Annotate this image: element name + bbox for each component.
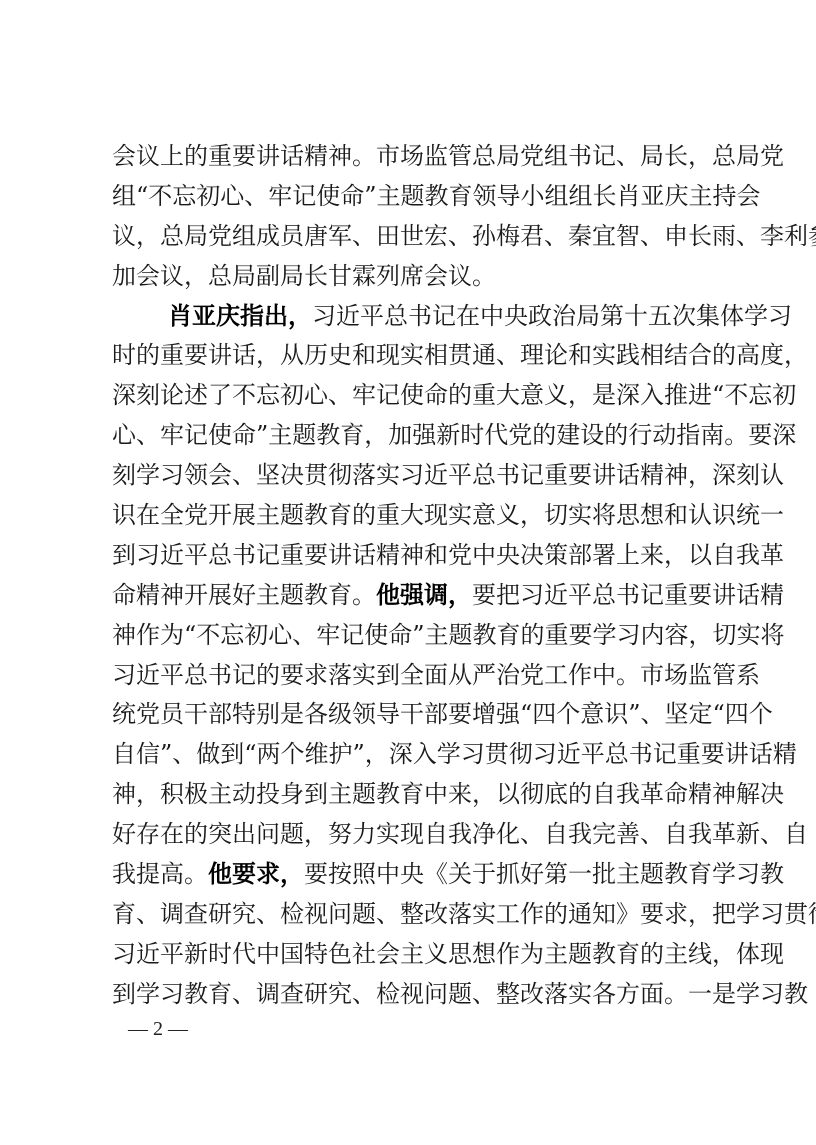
text-line: 育、调查研究、检视问题、整改落实工作的通知》要求，把学习贯彻: [112, 895, 704, 935]
page-number: — 2 —: [128, 1014, 188, 1044]
text-line: 自信”、做到“两个维护”，深入学习贯彻习近平总书记重要讲话精: [112, 735, 704, 775]
text-line: 加会议，总局副局长甘霖列席会议。: [112, 257, 704, 297]
text-line: 时的重要讲话，从历史和现实相贯通、理论和实践相结合的高度，: [112, 336, 704, 376]
text-line: 识在全党开展主题教育的重大现实意义，切实将思想和认识统一: [112, 496, 704, 536]
text-line: 到学习教育、调查研究、检视问题、整改落实各方面。一是学习教: [112, 975, 704, 1015]
document-page: 会议上的重要讲话精神。市场监管总局党组书记、局长，总局党 组“不忘初心、牢记使命…: [0, 0, 816, 1145]
text-line: 会议上的重要讲话精神。市场监管总局党组书记、局长，总局党: [112, 137, 704, 177]
text-line: 习近平总书记的要求落实到全面从严治党工作中。市场监管系: [112, 656, 704, 696]
bold-lead-phrase: 他要求，: [208, 860, 304, 888]
text-line: 到习近平总书记重要讲话精神和党中央决策部署上来，以自我革: [112, 536, 704, 576]
text-line: 议，总局党组成员唐军、田世宏、孙梅君、秦宜智、申长雨、李利参: [112, 217, 704, 257]
text-line: 习近平新时代中国特色社会主义思想作为主题教育的主线，体现: [112, 935, 704, 975]
text-line: 命精神开展好主题教育。他强调，要把习近平总书记重要讲话精: [112, 576, 704, 616]
bold-lead-phrase: 肖亚庆指出，: [168, 302, 312, 330]
text-line: 神，积极主动投身到主题教育中来，以彻底的自我革命精神解决: [112, 775, 704, 815]
text-line: 肖亚庆指出，习近平总书记在中央政治局第十五次集体学习: [112, 297, 704, 337]
text-line: 心、牢记使命”主题教育，加强新时代党的建设的行动指南。要深: [112, 416, 704, 456]
text-line: 组“不忘初心、牢记使命”主题教育领导小组组长肖亚庆主持会: [112, 177, 704, 217]
text-line: 统党员干部特别是各级领导干部要增强“四个意识”、坚定“四个: [112, 695, 704, 735]
bold-lead-phrase: 他强调，: [376, 581, 472, 609]
text-line: 神作为“不忘初心、牢记使命”主题教育的重要学习内容，切实将: [112, 616, 704, 656]
text-line: 好存在的突出问题，努力实现自我净化、自我完善、自我革新、自: [112, 815, 704, 855]
text-line: 我提高。他要求，要按照中央《关于抓好第一批主题教育学习教: [112, 855, 704, 895]
body-text: 会议上的重要讲话精神。市场监管总局党组书记、局长，总局党 组“不忘初心、牢记使命…: [112, 137, 704, 1015]
text-line: 刻学习领会、坚决贯彻落实习近平总书记重要讲话精神，深刻认: [112, 456, 704, 496]
text-line: 深刻论述了不忘初心、牢记使命的重大意义，是深入推进“不忘初: [112, 376, 704, 416]
